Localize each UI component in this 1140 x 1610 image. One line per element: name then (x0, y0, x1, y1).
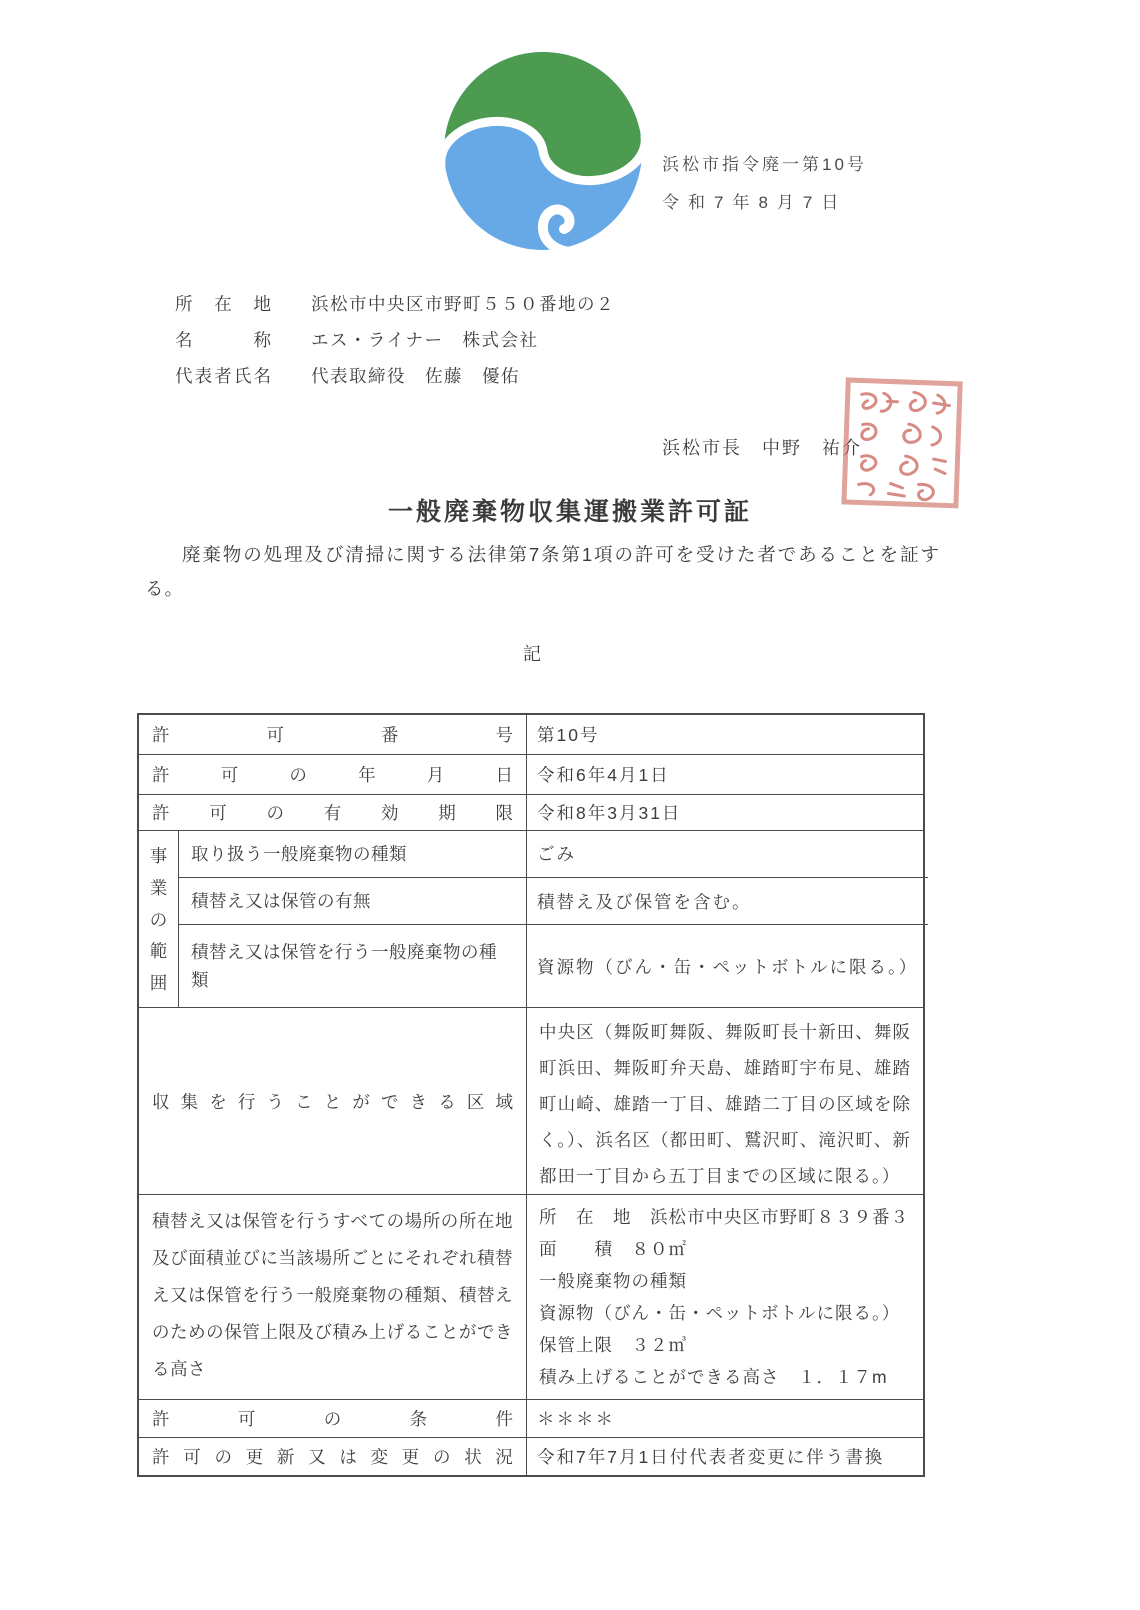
table-row-waste-type: 取り扱う一般廃棄物の種類 ごみ (179, 831, 928, 878)
transfer-waste-type-label: 積替え又は保管を行う一般廃棄物の種類 (179, 925, 527, 1007)
recipient-block: 所在地 浜松市中央区市野町５５０番地の２ 名称 エス・ライナー 株式会社 代表者… (175, 292, 615, 400)
permit-document-page: 浜松市指令廃一第10号 令和7年8月7日 所在地 浜松市中央区市野町５５０番地の… (0, 0, 1140, 1610)
representative-value: 代表取締役 佐藤 優佑 (311, 363, 520, 388)
table-row-transfer-storage: 積替え又は保管の有無 積替え及び保管を含む。 (179, 878, 928, 926)
table-row-transfer-waste-type: 積替え又は保管を行う一般廃棄物の種類 資源物（びん・缶・ペットボトルに限る。） (179, 925, 928, 1007)
table-row-renewal-status: 許可の更新又は変更の状況 令和7年7月1日付代表者変更に伴う書換 (139, 1438, 923, 1475)
table-row-collection-area: 収集を行うことができる区域 中央区（舞阪町舞阪、舞阪町長十新田、舞阪町浜田、舞阪… (139, 1008, 923, 1195)
note-mark: 記 (137, 640, 927, 666)
permit-conditions-label: 許可の条件 (152, 1406, 513, 1431)
business-scope-vertical-header: 事業の範囲 (139, 843, 178, 995)
storage-location-area: 面 積 ８０㎡ (539, 1233, 911, 1265)
permit-expiry-label: 許可の有効期限 (152, 800, 513, 825)
address-label: 所在地 (175, 291, 271, 316)
table-row-business-scope-group: 事業の範囲 取り扱う一般廃棄物の種類 ごみ 積替え又は保管の有無 積替え及び保管… (139, 831, 923, 1008)
transfer-storage-value: 積替え及び保管を含む。 (527, 878, 928, 925)
table-row-permit-expiry: 許可の有効期限 令和8年3月31日 (139, 795, 923, 831)
storage-location-address: 所 在 地 浜松市中央区市野町８３９番３ (539, 1201, 911, 1233)
permit-expiry-value: 令和8年3月31日 (527, 795, 923, 830)
document-title: 一般廃棄物収集運搬業許可証 (0, 492, 1140, 528)
address-value: 浜松市中央区市野町５５０番地の２ (311, 291, 615, 316)
storage-upper-limit: 保管上限 ３２㎥ (539, 1329, 911, 1361)
recipient-row-name: 名称 エス・ライナー 株式会社 (175, 328, 615, 350)
table-row-permit-conditions: 許可の条件 ＊＊＊＊ (139, 1400, 923, 1438)
name-value: エス・ライナー 株式会社 (311, 327, 538, 352)
certification-statement: 廃棄物の処理及び清掃に関する法律第7条第1項の許可を受けた者であることを証する。 (145, 538, 940, 606)
permit-number-label: 許可番号 (152, 722, 513, 747)
storage-locations-label: 積替え又は保管を行うすべての場所の所在地及び面積並びに当該場所ごとにそれぞれ積替… (139, 1195, 527, 1399)
recipient-row-address: 所在地 浜松市中央区市野町５５０番地の２ (175, 292, 615, 314)
renewal-status-label: 許可の更新又は変更の状況 (152, 1444, 513, 1469)
issue-date: 令和7年8月7日 (662, 188, 847, 213)
recipient-row-representative: 代表者氏名 代表取締役 佐藤 優佑 (175, 364, 615, 386)
table-row-storage-locations: 積替え又は保管を行うすべての場所の所在地及び面積並びに当該場所ごとにそれぞれ積替… (139, 1195, 923, 1400)
waste-type-value: ごみ (527, 831, 928, 877)
collection-area-label: 収集を行うことができる区域 (152, 1089, 513, 1114)
storage-waste-type-heading: 一般廃棄物の種類 (539, 1265, 911, 1297)
waste-type-label: 取り扱う一般廃棄物の種類 (179, 831, 527, 877)
representative-label: 代表者氏名 (175, 363, 271, 388)
transfer-storage-label: 積替え又は保管の有無 (179, 878, 527, 925)
hamamatsu-city-logo-icon (432, 42, 654, 260)
table-row-permit-number: 許可番号 第10号 (139, 715, 923, 755)
storage-stack-height: 積み上げることができる高さ １．１７m (539, 1361, 911, 1393)
collection-area-value: 中央区（舞阪町舞阪、舞阪町長十新田、舞阪町浜田、舞阪町弁天島、雄踏町宇布見、雄踏… (527, 1008, 923, 1194)
name-label: 名称 (175, 327, 271, 352)
permit-table: 許可番号 第10号 許可の年月日 令和6年4月1日 許可の有効期限 令和8年3月… (137, 713, 925, 1477)
issuer-mayor-line: 浜松市長 中野 祐介 (662, 434, 862, 460)
permit-number-value: 第10号 (527, 715, 923, 754)
renewal-status-value: 令和7年7月1日付代表者変更に伴う書換 (527, 1438, 923, 1475)
permit-date-value: 令和6年4月1日 (527, 755, 923, 794)
permit-date-label: 許可の年月日 (152, 762, 513, 787)
table-row-permit-date: 許可の年月日 令和6年4月1日 (139, 755, 923, 795)
permit-conditions-value: ＊＊＊＊ (527, 1400, 923, 1437)
storage-waste-type-value: 資源物（びん・缶・ペットボトルに限る。） (539, 1297, 911, 1329)
document-number: 浜松市指令廃一第10号 (662, 150, 867, 175)
transfer-waste-type-value: 資源物（びん・缶・ペットボトルに限る。） (527, 925, 928, 1007)
